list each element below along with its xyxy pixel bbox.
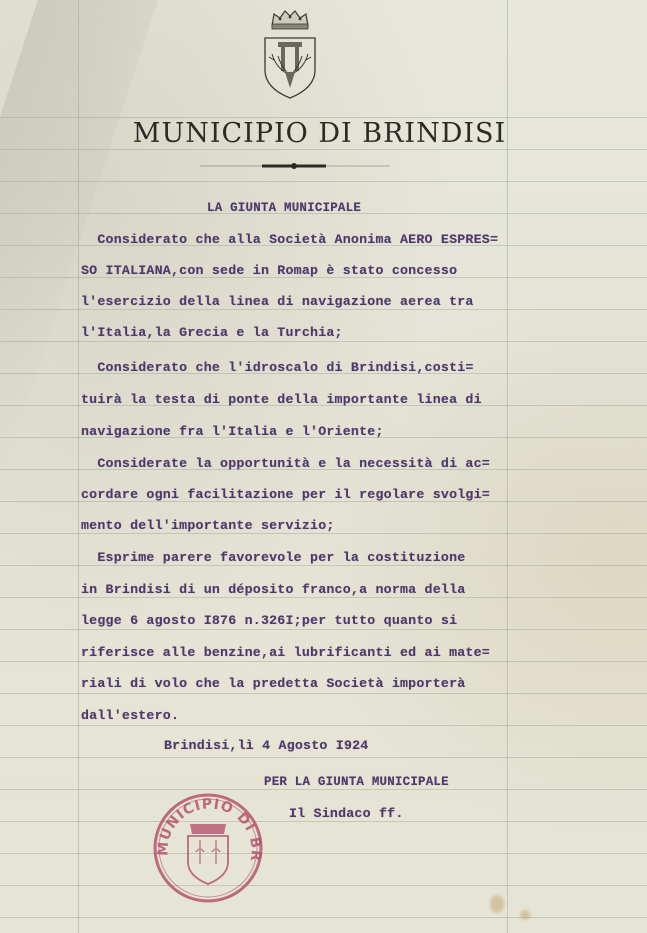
section-heading: LA GIUNTA MUNICIPALE (207, 201, 361, 215)
body-line: Esprime parere favorevole per la costitu… (81, 550, 465, 565)
ruled-line (0, 149, 647, 150)
signer-title: Il Sindaco ff. (289, 806, 404, 821)
body-line: riferisce alle benzine,ai lubrificanti e… (81, 645, 490, 660)
ruled-line (0, 789, 647, 790)
body-line: Considerato che alla Società Anonima AER… (81, 232, 498, 247)
body-line: l'esercizio della linea di navigazione a… (81, 294, 474, 309)
body-line: SO ITALIANA,con sede in Romap è stato co… (81, 263, 457, 278)
body-line: tuirà la testa di ponte della importante… (81, 392, 482, 407)
page-title: MUNICIPIO DI BRINDISI (0, 118, 647, 149)
body-line: l'Italia,la Grecia e la Turchia; (81, 325, 343, 340)
body-line: dall'estero. (81, 708, 179, 723)
body-line: in Brindisi di un déposito franco,a norm… (81, 582, 465, 597)
body-line: cordare ogni facilitazione per il regola… (81, 487, 490, 502)
paper-stain (490, 895, 504, 913)
ruled-line (0, 917, 647, 918)
signature-for-line: PER LA GIUNTA MUNICIPALE (264, 775, 449, 789)
body-line: Considerate la opportunità e la necessit… (81, 456, 490, 471)
ruled-line (0, 725, 647, 726)
ruled-line (0, 181, 647, 182)
ruled-line (0, 341, 647, 342)
ruled-line (0, 821, 647, 822)
body-line: navigazione fra l'Italia e l'Oriente; (81, 424, 384, 439)
ruled-line (0, 309, 647, 310)
date-line: Brindisi,lì 4 Agosto I924 (164, 738, 369, 753)
body-line: legge 6 agosto I876 n.326I;per tutto qua… (81, 613, 457, 628)
ruled-line (0, 565, 647, 566)
paper-stain (520, 910, 530, 920)
ruled-line (0, 629, 647, 630)
ruled-line (0, 757, 647, 758)
ruled-line (0, 853, 647, 854)
body-line: Considerato che l'idroscalo di Brindisi,… (81, 360, 474, 375)
document-page: MUNICIPIO DI BRINDISI LA GIUNTA MUNICIPA… (0, 0, 647, 933)
ruled-line (0, 661, 647, 662)
ruled-line (0, 885, 647, 886)
ruled-line (0, 533, 647, 534)
body-line: riali di volo che la predetta Società im… (81, 676, 465, 691)
title-ornament-divider (200, 163, 390, 169)
municipal-seal-stamp-icon: MUNICIPIO DI BRINDISI (150, 792, 266, 904)
ruled-line (0, 693, 647, 694)
brindisi-coat-of-arms-icon (262, 8, 318, 100)
ruled-line (0, 597, 647, 598)
body-line: mento dell'importante servizio; (81, 518, 335, 533)
